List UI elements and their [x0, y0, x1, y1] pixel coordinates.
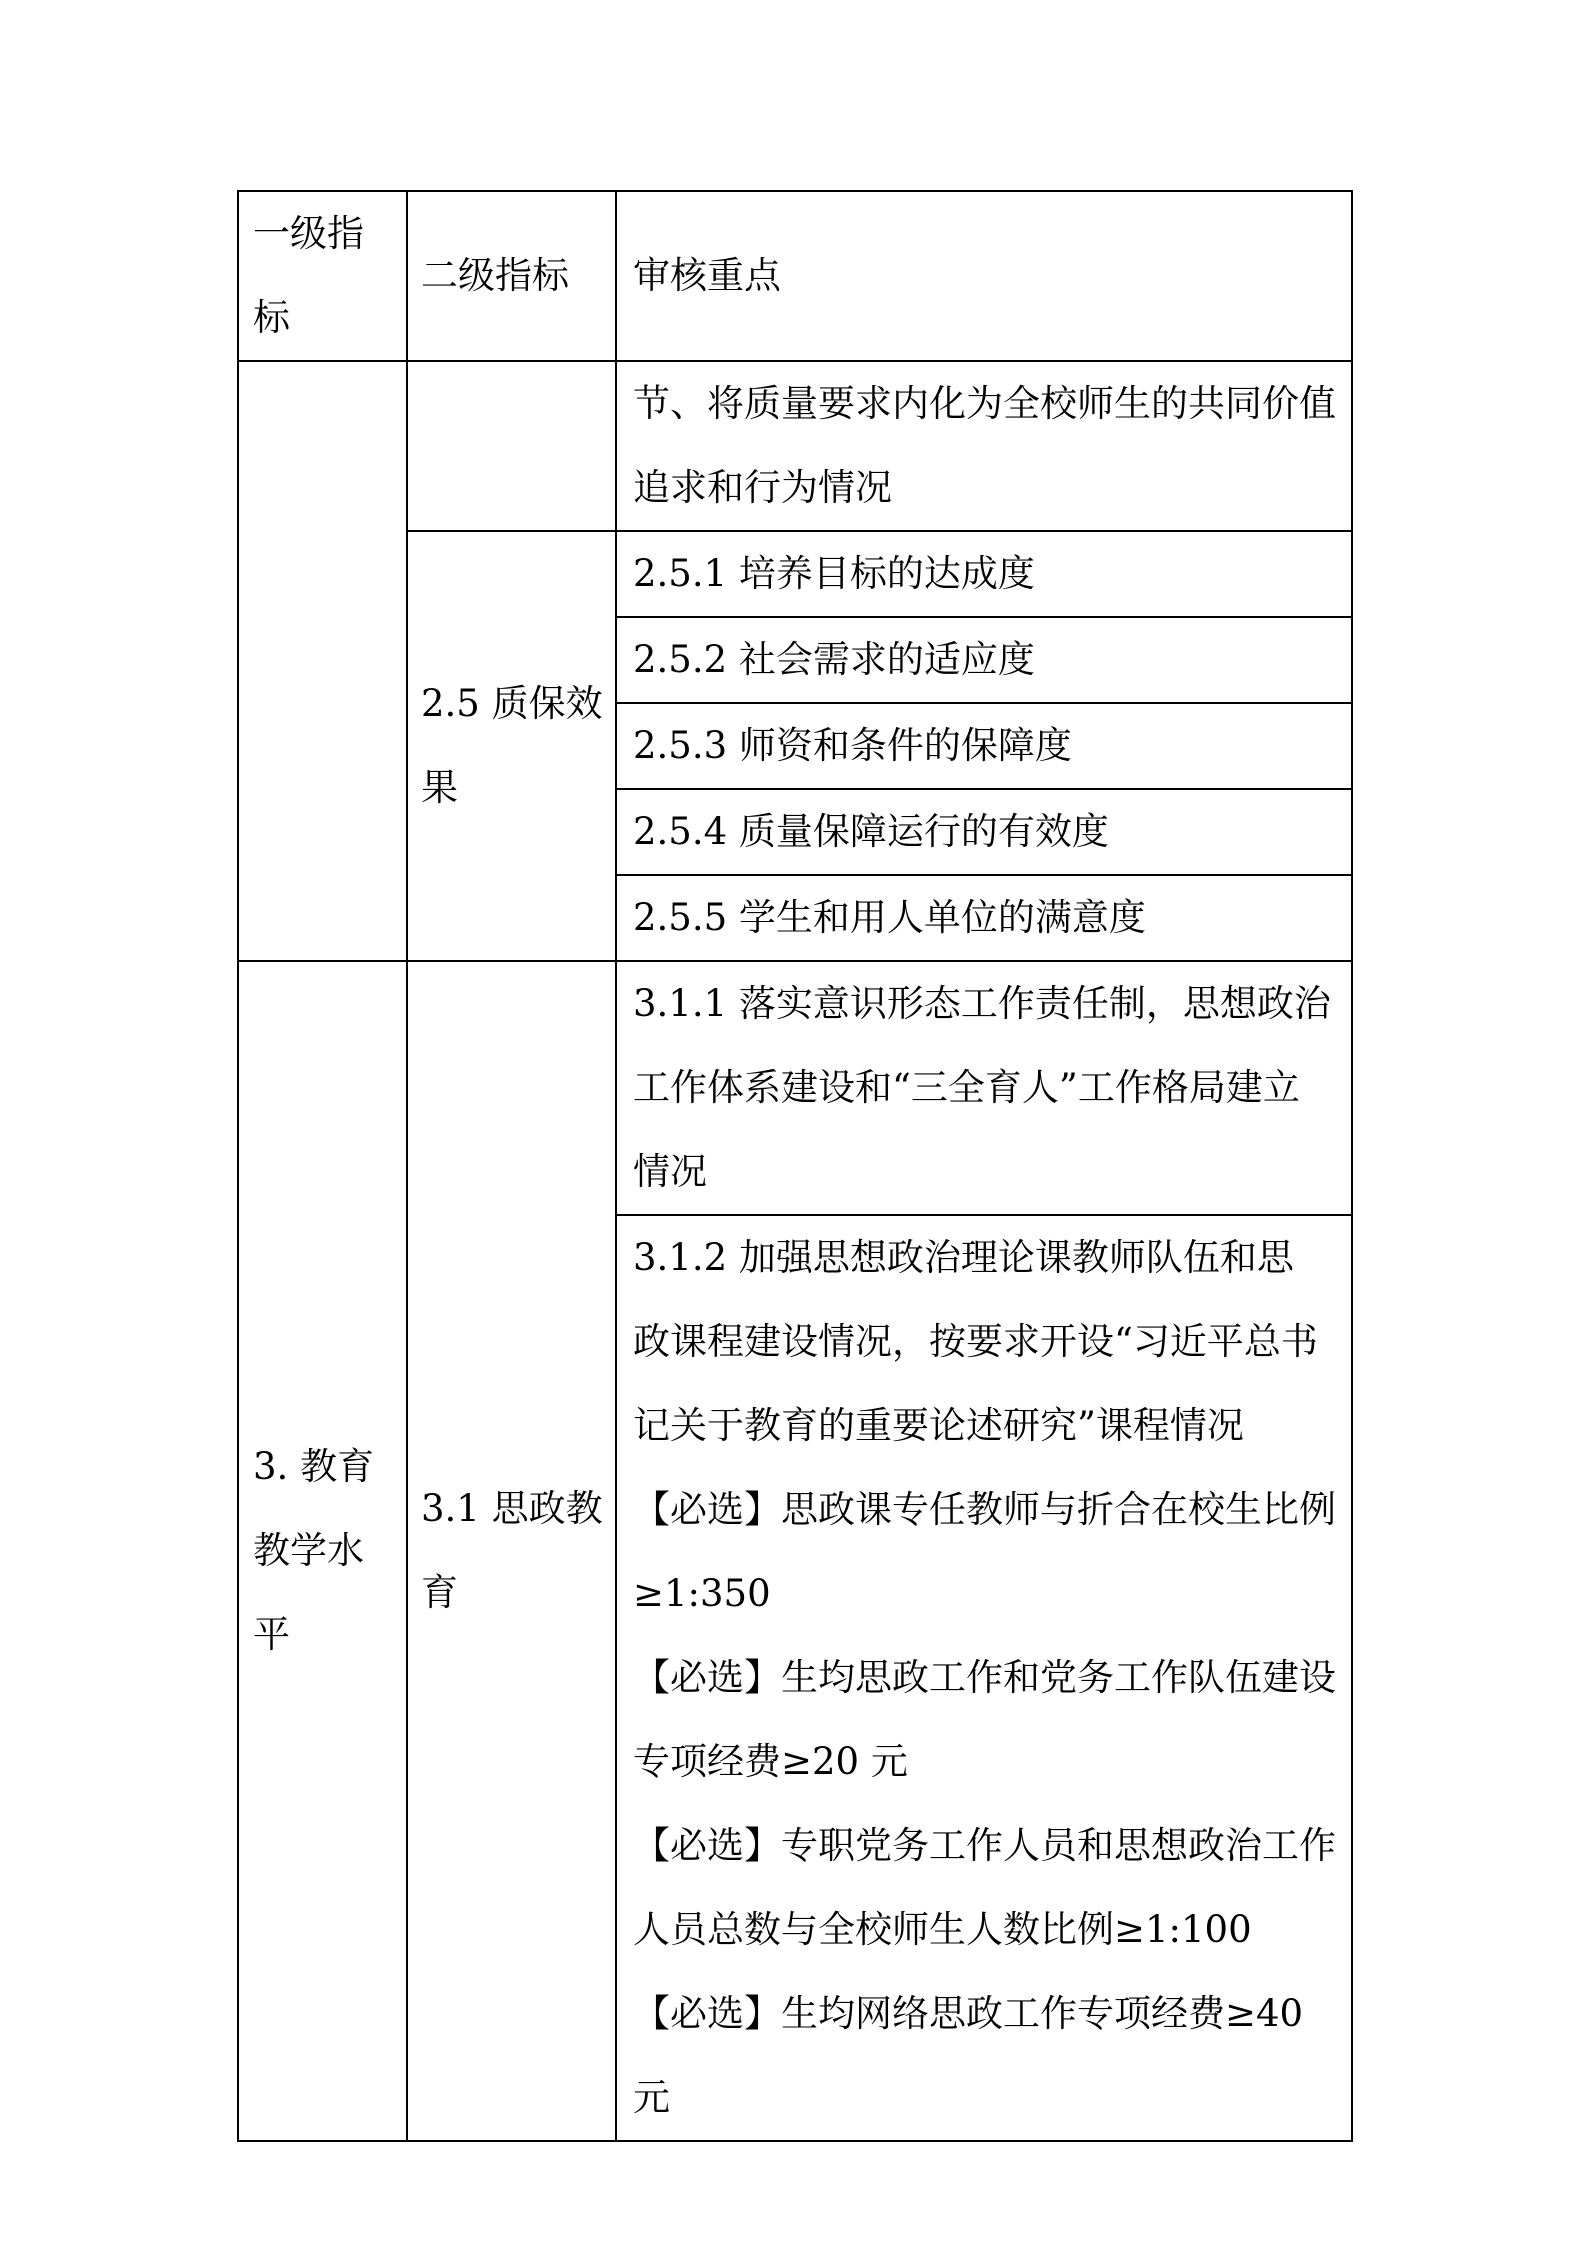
cell-focus-2-5-2: 2.5.2 社会需求的适应度 [616, 617, 1352, 703]
header-cell-level1-indicator: 一级指 标 [238, 191, 407, 361]
cell-level2-ideological-education: 3.1 思政教 育 [407, 961, 616, 2141]
cell-focus-3-1-2: 3.1.2 加强思想政治理论课教师队伍和思 政课程建设情况，按要求开设“习近平总… [616, 1215, 1352, 2141]
table-row: 3. 教育 教学水 平 3.1 思政教 育 3.1.1 落实意识形态工作责任制，… [238, 961, 1352, 1215]
table-row: 节、将质量要求内化为全校师生的共同价值 追求和行为情况 [238, 361, 1352, 531]
cell-focus-continuation: 节、将质量要求内化为全校师生的共同价值 追求和行为情况 [616, 361, 1352, 531]
cell-focus-2-5-1: 2.5.1 培养目标的达成度 [616, 531, 1352, 617]
cell-focus-3-1-1: 3.1.1 落实意识形态工作责任制，思想政治 工作体系建设和“三全育人”工作格局… [616, 961, 1352, 1215]
cell-focus-2-5-4: 2.5.4 质量保障运行的有效度 [616, 789, 1352, 875]
cell-level1-education-teaching: 3. 教育 教学水 平 [238, 961, 407, 2141]
cell-level2-quality-effect: 2.5 质保效 果 [407, 531, 616, 961]
indicator-table: 一级指 标 二级指标 审核重点 节、将质量要求内化为全校师生的共同价值 追求和行… [237, 190, 1353, 2142]
header-cell-audit-focus: 审核重点 [616, 191, 1352, 361]
cell-level1-blank [238, 361, 407, 961]
cell-level2-blank [407, 361, 616, 531]
document-page: 一级指 标 二级指标 审核重点 节、将质量要求内化为全校师生的共同价值 追求和行… [0, 0, 1587, 2245]
cell-focus-2-5-3: 2.5.3 师资和条件的保障度 [616, 703, 1352, 789]
cell-focus-2-5-5: 2.5.5 学生和用人单位的满意度 [616, 875, 1352, 961]
header-cell-level2-indicator: 二级指标 [407, 191, 616, 361]
table-header-row: 一级指 标 二级指标 审核重点 [238, 191, 1352, 361]
